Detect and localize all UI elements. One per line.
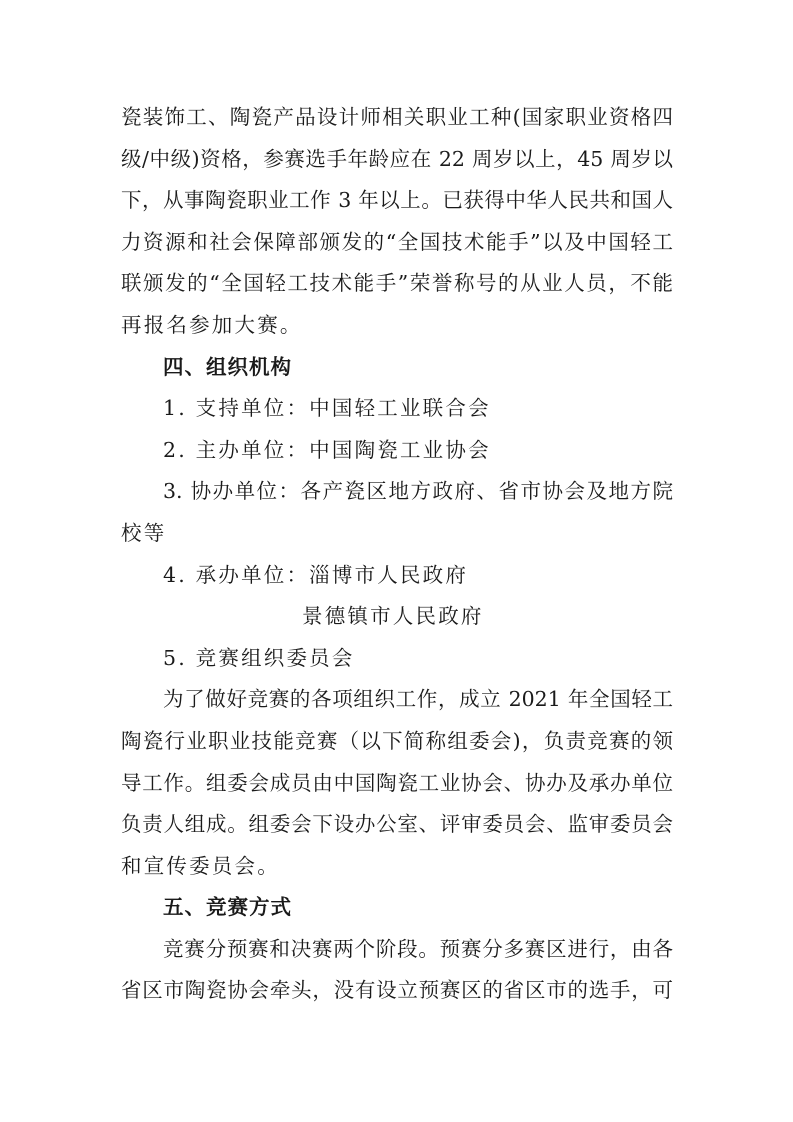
list-item-host-unit: 2. 主办单位：中国陶瓷工业协会 [121, 430, 673, 472]
list-item-co-organizer: 3. 协办单位：各产瓷区地方政府、省市协会及地方院 [121, 471, 673, 513]
list-item-undertaking-unit-continuation: 景德镇市人民政府 [121, 596, 673, 638]
document-page: 瓷装饰工、陶瓷产品设计师相关职业工种(国家职业资格四 级/中级)资格，参赛选手年… [121, 97, 673, 1012]
body-text-line: 为了做好竞赛的各项组织工作，成立 2021 年全国轻工 [121, 679, 673, 721]
body-text-line: 竞赛分预赛和决赛两个阶段。预赛分多赛区进行，由各 [121, 929, 673, 971]
body-text-line: 联颁发的“全国轻工技术能手”荣誉称号的从业人员，不能 [121, 263, 673, 305]
body-text-line: 导工作。组委会成员由中国陶瓷工业协会、协办及承办单位 [121, 763, 673, 805]
body-text-line: 再报名参加大赛。 [121, 305, 673, 347]
body-text-line: 省区市陶瓷协会牵头，没有设立预赛区的省区市的选手，可 [121, 970, 673, 1012]
body-text-line: 力资源和社会保障部颁发的“全国技术能手”以及中国轻工 [121, 222, 673, 264]
list-item-committee: 5. 竞赛组织委员会 [121, 638, 673, 680]
body-text-line: 级/中级)资格，参赛选手年龄应在 22 周岁以上，45 周岁以 [121, 139, 673, 181]
list-item-supporting-unit: 1. 支持单位：中国轻工业联合会 [121, 388, 673, 430]
body-text-line: 瓷装饰工、陶瓷产品设计师相关职业工种(国家职业资格四 [121, 97, 673, 139]
body-text-line: 陶瓷行业职业技能竞赛（以下简称组委会)，负责竞赛的领 [121, 721, 673, 763]
list-item-undertaking-unit: 4. 承办单位：淄博市人民政府 [121, 555, 673, 597]
section-heading-organization: 四、组织机构 [121, 347, 673, 389]
body-text-line: 和宣传委员会。 [121, 846, 673, 888]
body-text-line: 负责人组成。组委会下设办公室、评审委员会、监审委员会 [121, 804, 673, 846]
body-text-line: 下，从事陶瓷职业工作 3 年以上。已获得中华人民共和国人 [121, 180, 673, 222]
list-item-co-organizer-continuation: 校等 [121, 513, 673, 555]
section-heading-competition-format: 五、竞赛方式 [121, 887, 673, 929]
